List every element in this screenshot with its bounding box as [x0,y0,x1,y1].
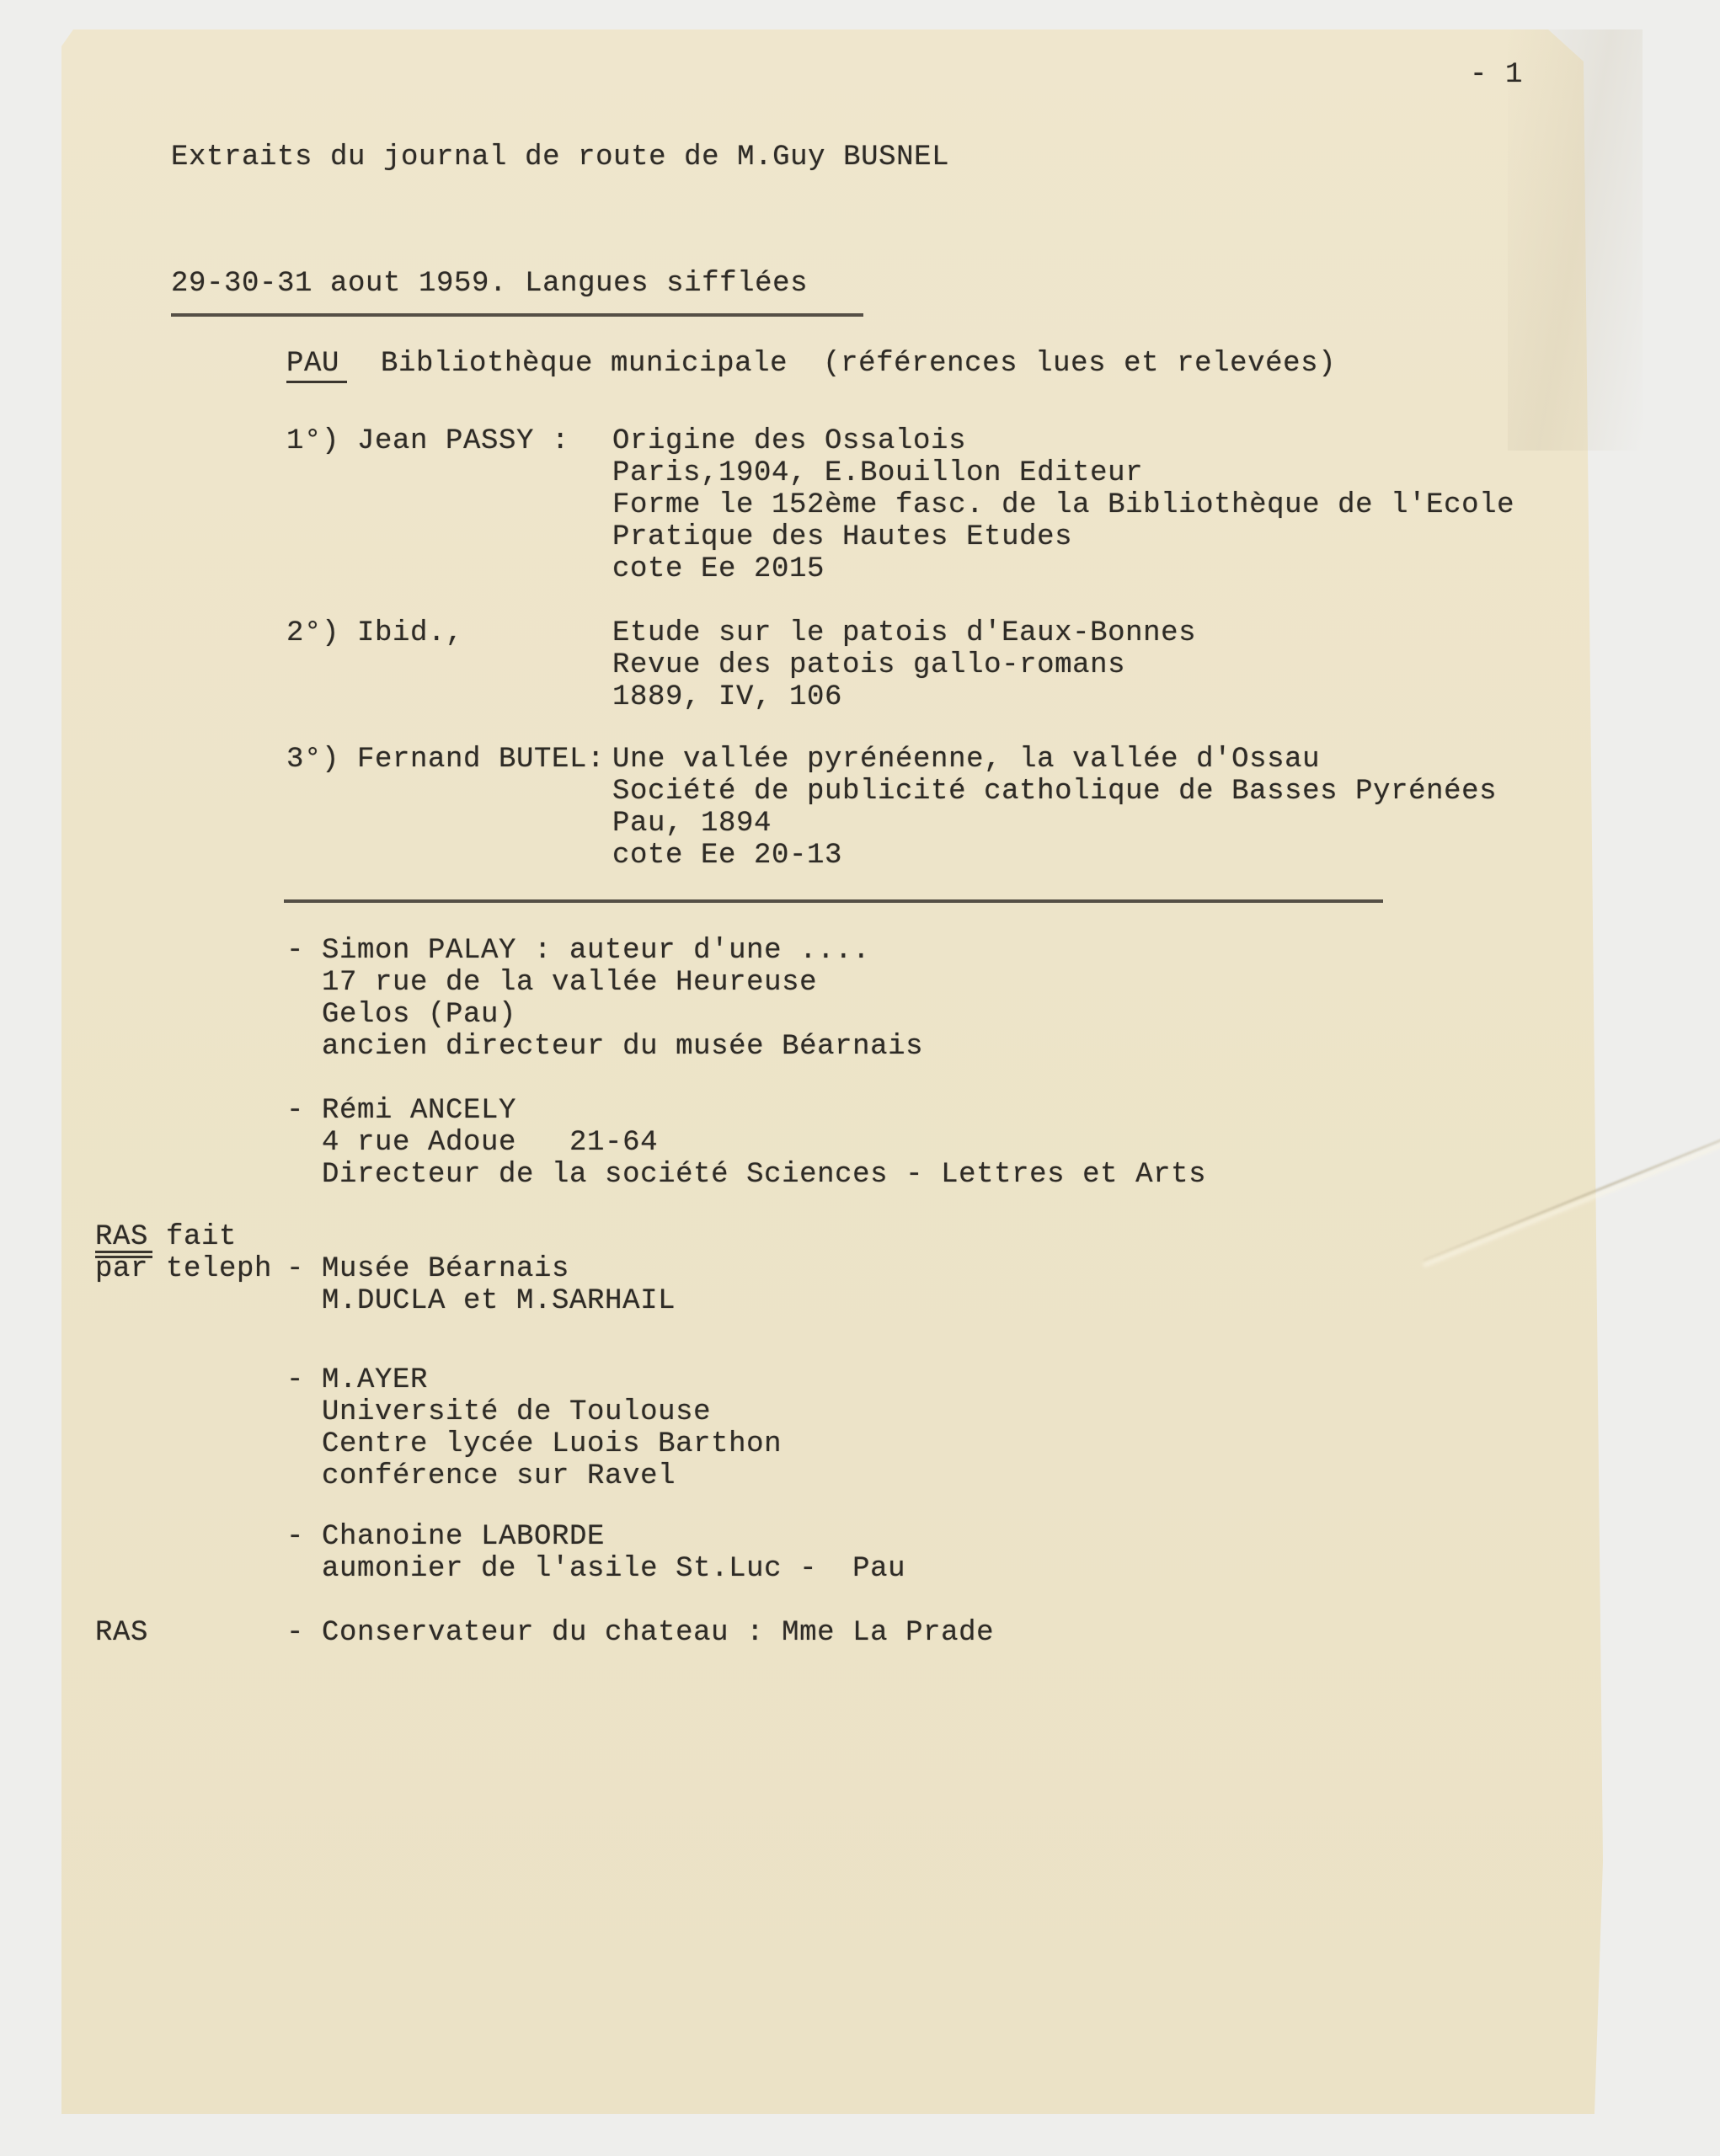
date-heading-underline [171,313,863,317]
reference-label: 1°) Jean PASSY : [286,425,569,457]
reference-line: Pratique des Hautes Etudes [612,521,1072,553]
reference-line: Etude sur le patois d'Eaux-Bonnes [612,617,1196,649]
contact-line: M.DUCLA et M.SARHAIL [286,1285,676,1317]
contact-line: - Chanoine LABORDE [286,1521,605,1553]
reference-line: Paris,1904, E.Bouillon Editeur [612,457,1143,489]
contact-line: - Conservateur du chateau : Mme La Prade [286,1617,994,1649]
contact-line: - Simon PALAY : auteur d'une .... [286,935,870,967]
reference-line: Société de publicité catholique de Basse… [612,776,1497,808]
margin-note: RAS [95,1617,148,1649]
reference-line: 1889, IV, 106 [612,681,842,713]
reference-line: Revue des patois gallo-romans [612,649,1125,681]
contact-line: 17 rue de la vallée Heureuse [286,967,817,999]
margin-note: RAS fait [95,1221,237,1253]
typewritten-page [61,29,1645,2114]
library-city-underline [286,381,347,383]
contact-line: ancien directeur du musée Béarnais [286,1031,923,1063]
contact-line: - Rémi ANCELY [286,1095,516,1127]
paper-fold-top-right [1508,29,1643,451]
reference-label: 2°) Ibid., [286,617,463,649]
library-name: Bibliothèque municipale (références lues… [381,348,1336,380]
reference-line: Forme le 152ème fasc. de la Bibliothèque… [612,489,1514,521]
contact-line: - Musée Béarnais [286,1253,569,1285]
document-title: Extraits du journal de route de M.Guy BU… [171,141,949,173]
reference-label: 3°) Fernand BUTEL: [286,744,605,776]
reference-line: Une vallée pyrénéenne, la vallée d'Ossau [612,744,1320,776]
contact-line: Centre lycée Luois Barthon [286,1428,782,1460]
contact-line: Directeur de la société Sciences - Lettr… [286,1159,1206,1191]
contact-line: aumonier de l'asile St.Luc - Pau [286,1553,905,1585]
library-city: PAU [286,348,339,380]
contact-line: 4 rue Adoue 21-64 [286,1127,658,1159]
reference-line: cote Ee 20-13 [612,840,842,872]
section-divider [284,899,1383,903]
reference-line: Pau, 1894 [612,808,772,840]
reference-line: Origine des Ossalois [612,425,966,457]
contact-line: Université de Toulouse [286,1396,711,1428]
contact-line: conférence sur Ravel [286,1460,676,1492]
margin-note: par teleph [95,1253,272,1285]
contact-line: Gelos (Pau) [286,999,516,1031]
contact-line: - M.AYER [286,1364,428,1396]
page-number: - 1 [1470,59,1523,91]
reference-line: cote Ee 2015 [612,553,825,585]
date-heading: 29-30-31 aout 1959. Langues sifflées [171,268,808,300]
